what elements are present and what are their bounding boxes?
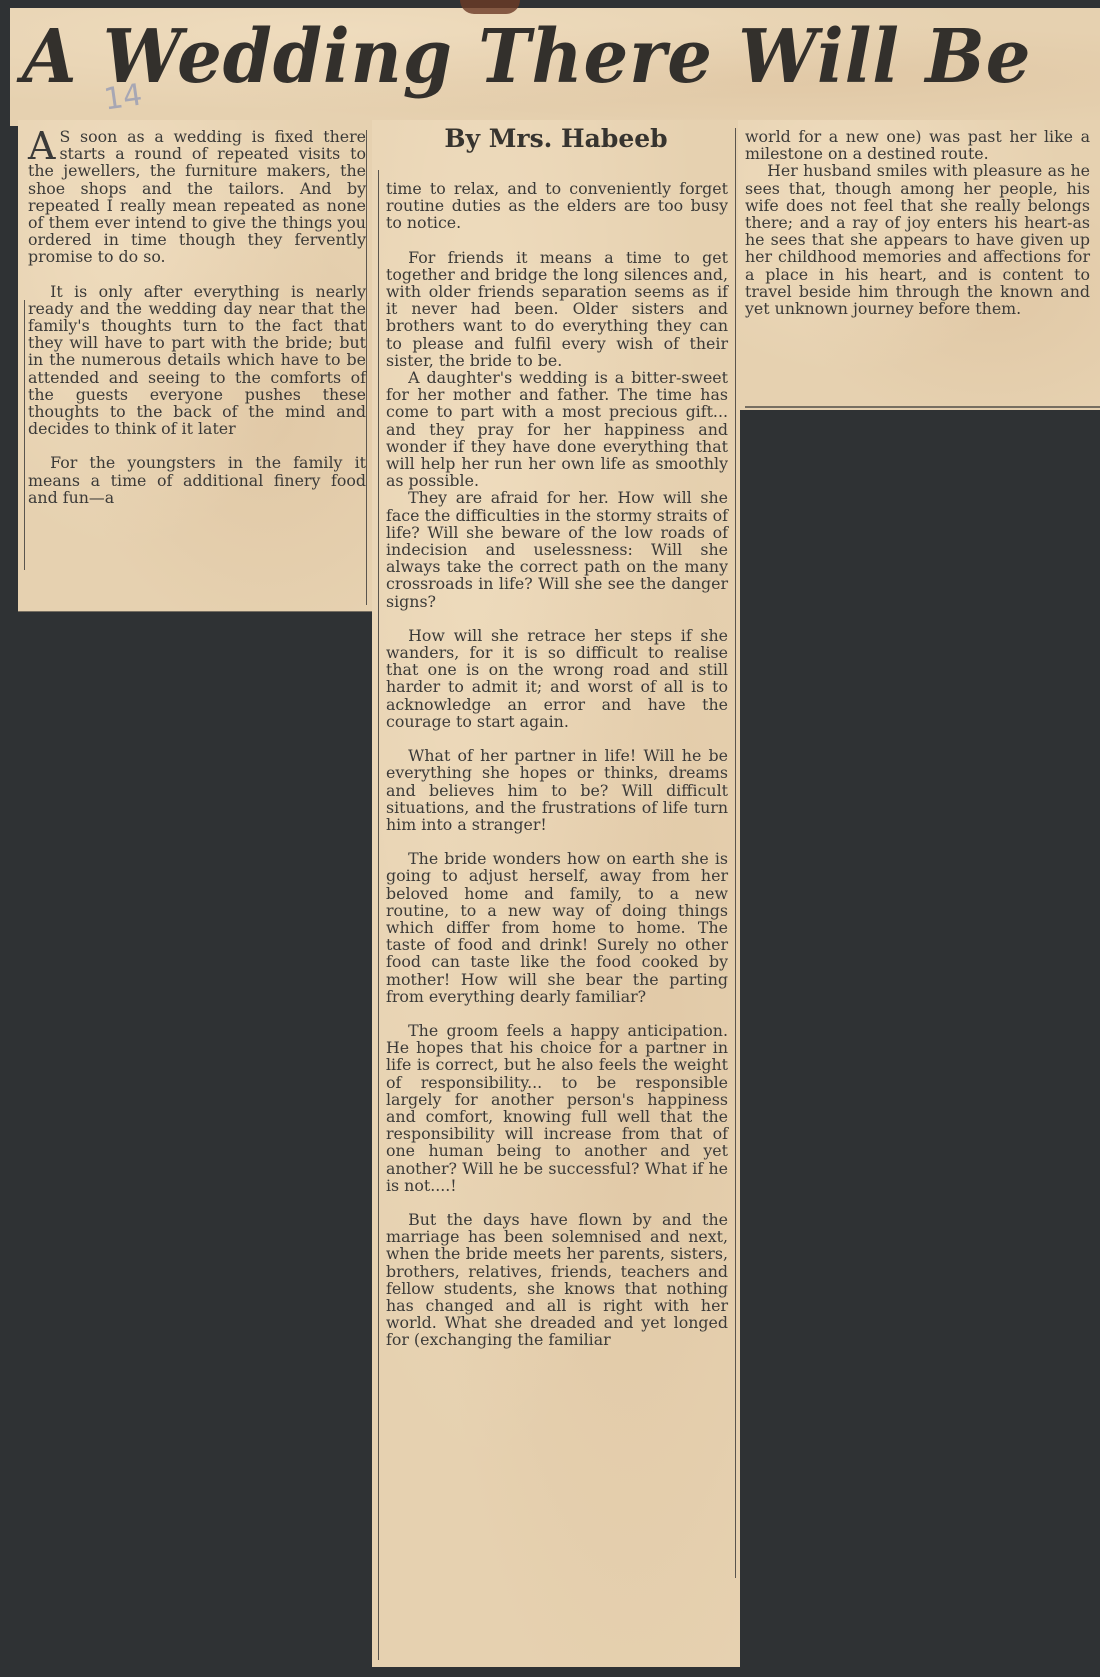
byline: By Mrs. Habeeb <box>372 124 740 153</box>
paragraph: What of her partner in life! Will he be … <box>386 747 728 833</box>
column-rule <box>24 300 25 570</box>
paragraph: For friends it means a time to get toget… <box>386 249 728 369</box>
end-rule <box>745 406 1100 408</box>
headline: A Wedding There Will Be <box>22 14 1048 100</box>
paragraph: But the days have flown by and the marri… <box>386 1211 728 1349</box>
paragraph: They are afraid for her. How will she fa… <box>386 489 728 609</box>
left-column: AS soon as a wedding is fixed there star… <box>28 128 366 506</box>
paragraph: AS soon as a wedding is fixed there star… <box>28 128 366 266</box>
column-rule <box>735 128 736 1578</box>
paragraph: For the youngsters in the family it mean… <box>28 454 366 506</box>
paragraph: The groom feels a happy anticipation. He… <box>386 1022 728 1194</box>
paragraph: world for a new one) was past her like a… <box>745 128 1090 162</box>
drop-cap: A <box>28 130 55 162</box>
paragraph: A daughter's wedding is a bitter-sweet f… <box>386 369 728 489</box>
middle-column: time to relax, and to conveniently forge… <box>386 180 728 1349</box>
paragraph: time to relax, and to conveniently forge… <box>386 180 728 232</box>
column-rule <box>378 170 379 1660</box>
paragraph: It is only after everything is nearly re… <box>28 283 366 438</box>
paragraph: Her husband smiles with pleasure as he s… <box>745 162 1090 317</box>
tape-stain <box>460 0 520 14</box>
end-rule <box>18 611 372 612</box>
right-column: world for a new one) was past her like a… <box>745 128 1090 317</box>
paragraph: The bride wonders how on earth she is go… <box>386 850 728 1005</box>
column-rule <box>366 130 367 605</box>
paragraph: How will she retrace her steps if she wa… <box>386 627 728 730</box>
pencil-annotation: 14 <box>102 78 145 118</box>
